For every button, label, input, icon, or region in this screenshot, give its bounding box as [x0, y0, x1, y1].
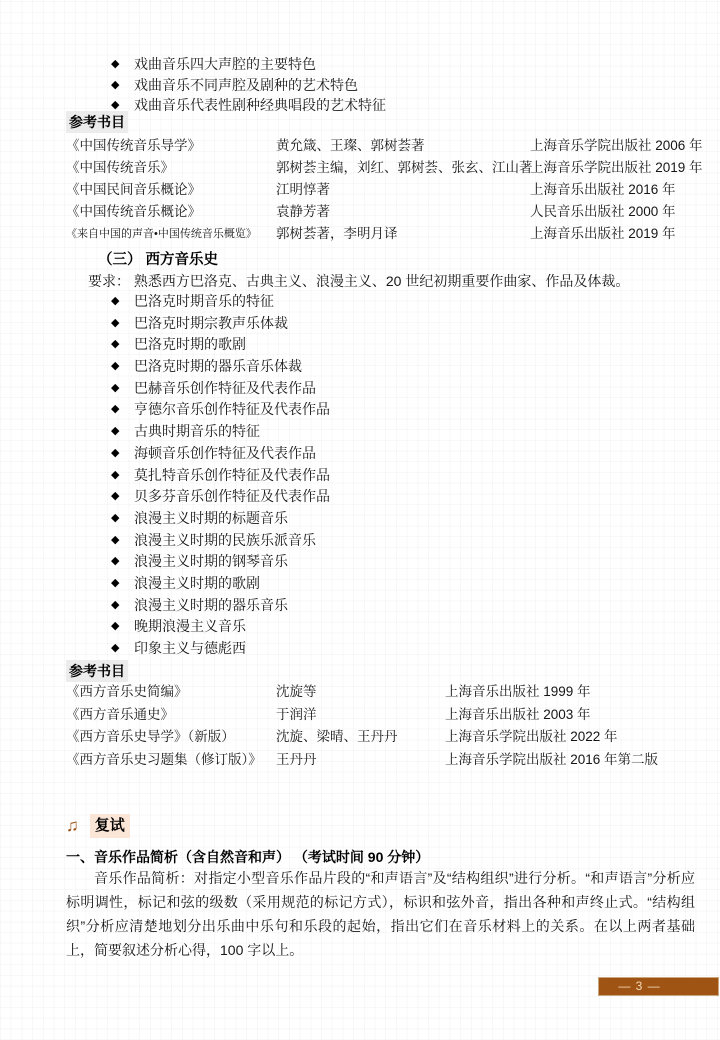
- book-author: 于润洋: [276, 704, 317, 727]
- diamond-bullet-icon: ◆: [111, 573, 119, 595]
- diamond-bullet-icon: ◆: [111, 465, 119, 487]
- book-publisher: 人民音乐出版社 2000 年: [530, 201, 676, 223]
- diamond-bullet-icon: ◆: [111, 378, 119, 400]
- diamond-bullet-icon: ◆: [111, 616, 119, 638]
- ref-books-cn-table: 《中国传统音乐导学》 黄允箴、王璨、郭树荟著 上海音乐学院出版社 2006 年 …: [66, 135, 720, 245]
- book-title: 《来自中国的声音•中国传统音乐概览》: [66, 223, 257, 245]
- diamond-bullet-icon: ◆: [111, 399, 119, 421]
- diamond-bullet-icon: ◆: [111, 334, 119, 356]
- book-publisher: 上海音乐出版社 1999 年: [445, 681, 591, 704]
- bullet-item-text: 亨德尔音乐创作特征及代表作品: [134, 399, 330, 421]
- bullet-item-text: 浪漫主义时期的歌剧: [134, 573, 260, 595]
- book-author: 沈旋、梁晴、王丹丹: [276, 726, 398, 749]
- book-publisher: 上海音乐学院出版社 2022 年: [445, 726, 618, 749]
- book-publisher: 上海音乐出版社 2019 年: [530, 223, 676, 245]
- bullet-item-text: 戏曲音乐代表性剧种经典唱段的艺术特征: [134, 95, 386, 116]
- diamond-bullet-icon: ◆: [111, 291, 119, 313]
- diamond-bullet-icon: ◆: [111, 313, 119, 335]
- book-title: 《中国传统音乐概论》: [66, 201, 201, 223]
- bullet-item-text: 巴洛克时期音乐的特征: [134, 291, 274, 313]
- bullet-item-text: 海顿音乐创作特征及代表作品: [134, 443, 316, 465]
- bullet-item-text: 巴洛克时期的器乐音乐体裁: [134, 356, 302, 378]
- book-title: 《西方音乐通史》: [66, 704, 174, 727]
- west-history-requirement: 要求： 熟悉西方巴洛克、古典主义、浪漫主义、20 世纪初期重要作曲家、作品及体裁…: [88, 271, 629, 291]
- music-note-icon: ♫: [66, 814, 79, 838]
- diamond-bullet-icon: ◆: [111, 356, 119, 378]
- book-author: 郭树荟著，李明月译: [276, 223, 398, 245]
- book-author: 王丹丹: [276, 749, 317, 772]
- book-title: 《中国传统音乐导学》: [66, 135, 201, 157]
- book-author: 江明惇著: [276, 179, 330, 201]
- book-author: 袁静芳著: [276, 201, 330, 223]
- book-publisher: 上海音乐学院出版社 2019 年: [530, 157, 703, 179]
- bullet-item-text: 莫扎特音乐创作特征及代表作品: [134, 465, 330, 487]
- retest-item1-title: 一、音乐作品简析（含自然音和声） （考试时间 90 分钟）: [66, 847, 429, 867]
- book-row: 《中国传统音乐概论》 袁静芳著 人民音乐出版社 2000 年: [66, 201, 720, 223]
- bullet-item-text: 浪漫主义时期的标题音乐: [134, 508, 288, 530]
- ref-books-cn-section: 参考书目: [66, 111, 128, 133]
- diamond-bullet-icon: ◆: [111, 551, 119, 573]
- retest-heading: 复试: [90, 814, 130, 838]
- bullet-item-text: 浪漫主义时期的民族乐派音乐: [134, 530, 316, 552]
- west-history-heading: （三） 西方音乐史: [98, 248, 218, 269]
- book-author: 沈旋等: [276, 681, 317, 704]
- book-publisher: 上海音乐出版社 2016 年: [530, 179, 676, 201]
- diamond-bullet-icon: ◆: [111, 638, 119, 660]
- retest-heading-row: ♫ 复试: [66, 814, 130, 838]
- book-publisher: 上海音乐学院出版社 2006 年: [530, 135, 703, 157]
- diamond-bullet-icon: ◆: [111, 486, 119, 508]
- page-number-badge: — 3 —: [598, 977, 719, 996]
- book-title: 《中国传统音乐》: [66, 157, 174, 179]
- book-publisher: 上海音乐学院出版社 2016 年第二版: [445, 749, 658, 772]
- bullet-item-text: 戏曲音乐不同声腔及剧种的艺术特色: [134, 75, 358, 96]
- diamond-bullet-icon: ◆: [111, 595, 119, 617]
- retest-item1-body: 音乐作品简析：对指定小型音乐作品片段的“和声语言”及“结构组织”进行分析。“和声…: [66, 866, 695, 962]
- book-publisher: 上海音乐出版社 2003 年: [445, 704, 591, 727]
- book-row: 《西方音乐通史》 于润洋 上海音乐出版社 2003 年: [66, 704, 720, 727]
- book-title: 《中国民间音乐概论》: [66, 179, 201, 201]
- book-title: 《西方音乐史习题集（修订版）》: [66, 749, 262, 772]
- bullet-item-text: 巴赫音乐创作特征及代表作品: [134, 378, 316, 400]
- book-row: 《西方音乐史简编》 沈旋等 上海音乐出版社 1999 年: [66, 681, 720, 704]
- book-row: 《中国传统音乐导学》 黄允箴、王璨、郭树荟著 上海音乐学院出版社 2006 年: [66, 135, 720, 157]
- diamond-bullet-icon: ◆: [111, 530, 119, 552]
- bullet-item-text: 古典时期音乐的特征: [134, 421, 260, 443]
- bullet-item-text: 贝多芬音乐创作特征及代表作品: [134, 486, 330, 508]
- book-title: 《西方音乐史简编》: [66, 681, 188, 704]
- bullet-item-text: 印象主义与德彪西: [134, 638, 246, 660]
- book-author: 郭树荟主编，刘红、郭树荟、张玄、江山著: [276, 157, 533, 179]
- diamond-bullet-icon: ◆: [111, 75, 119, 96]
- bullet-item-text: 浪漫主义时期的钢琴音乐: [134, 551, 288, 573]
- book-row: 《中国民间音乐概论》 江明惇著 上海音乐出版社 2016 年: [66, 179, 720, 201]
- book-row: 《中国传统音乐》 郭树荟主编，刘红、郭树荟、张玄、江山著 上海音乐学院出版社 2…: [66, 157, 720, 179]
- book-row: 《西方音乐史导学》（新版） 沈旋、梁晴、王丹丹 上海音乐学院出版社 2022 年: [66, 726, 720, 749]
- ref-books-west-heading: 参考书目: [66, 660, 128, 682]
- diamond-bullet-icon: ◆: [111, 443, 119, 465]
- ref-books-west-section: 参考书目: [66, 660, 128, 682]
- book-title: 《西方音乐史导学》（新版）: [66, 726, 235, 749]
- bullet-item-text: 巴洛克时期宗教声乐体裁: [134, 313, 288, 335]
- diamond-bullet-icon: ◆: [111, 54, 119, 75]
- bullet-item-text: 浪漫主义时期的器乐音乐: [134, 595, 288, 617]
- book-row: 《西方音乐史习题集（修订版）》 王丹丹 上海音乐学院出版社 2016 年第二版: [66, 749, 720, 772]
- bullet-item-text: 戏曲音乐四大声腔的主要特色: [134, 54, 316, 75]
- book-row: 《来自中国的声音•中国传统音乐概览》 郭树荟著，李明月译 上海音乐出版社 201…: [66, 223, 720, 245]
- ref-books-cn-heading: 参考书目: [66, 111, 128, 133]
- diamond-bullet-icon: ◆: [111, 421, 119, 443]
- book-author: 黄允箴、王璨、郭树荟著: [276, 135, 425, 157]
- bullet-item-text: 晚期浪漫主义音乐: [134, 616, 246, 638]
- diamond-bullet-icon: ◆: [111, 508, 119, 530]
- ref-books-west-table: 《西方音乐史简编》 沈旋等 上海音乐出版社 1999 年 《西方音乐通史》 于润…: [66, 681, 720, 772]
- bullet-item-text: 巴洛克时期的歌剧: [134, 334, 246, 356]
- document-page: ◆ 戏曲音乐四大声腔的主要特色 ◆ 戏曲音乐不同声腔及剧种的艺术特色 ◆ 戏曲音…: [0, 0, 720, 1040]
